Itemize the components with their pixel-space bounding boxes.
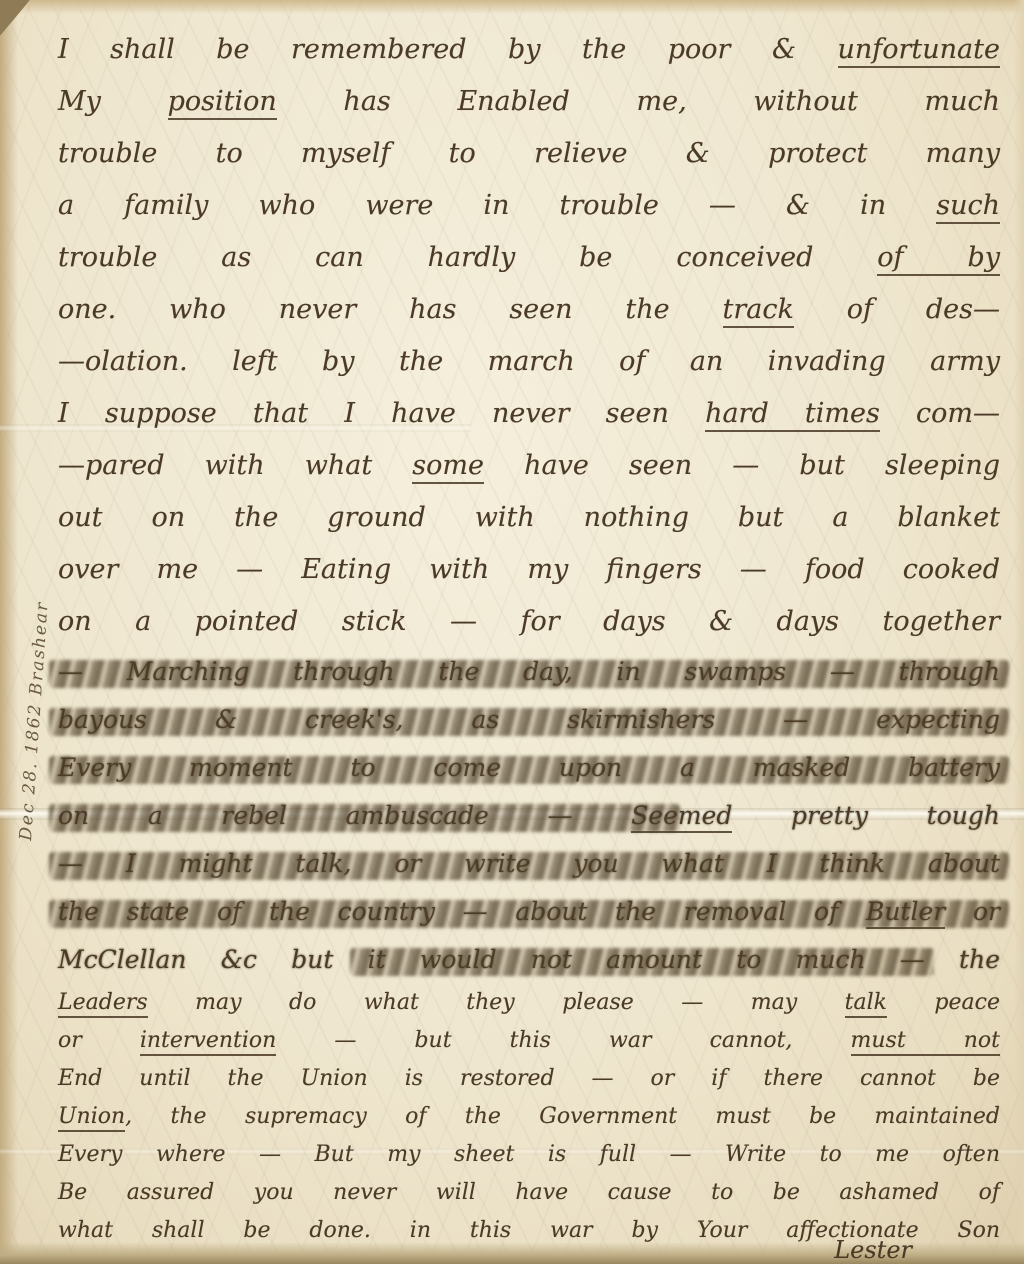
signature: Lester [834,1236,912,1264]
paper-edge-left [0,0,18,1264]
line-text: have seen — but sleeping [484,450,1000,481]
letter-line: Every where — But my sheet is full — Wri… [58,1136,1000,1174]
line-text: bayous & creek's, as skirmishers — expec… [58,705,1000,734]
line-text: on a pointed stick — for days & days tog… [58,606,1000,637]
line-text: McClellan &c but it would not amount to … [58,945,1000,974]
letter-line: Union, the supremacy of the Government m… [58,1098,1000,1136]
redacted-line: — I might talk, or write you what I thin… [58,840,1000,888]
underlined-word: of by [877,242,1000,276]
underlined-word: talk [845,990,887,1018]
line-text: com— [880,398,1000,429]
line-text: over me — Eating with my fingers — food … [58,554,1000,585]
redacted-line: the state of the country — about the rem… [58,888,1000,936]
line-text: peace [887,990,1000,1015]
line-text: a family who were in trouble — & in [58,190,936,221]
letter-line: a family who were in trouble — & in such [58,180,1000,232]
letter-line: My position has Enabled me, without much [58,76,1000,128]
paper-edge-right [1014,0,1024,1264]
underlined-word: must not [851,1028,1000,1056]
line-text: — but this war cannot, [276,1028,850,1053]
line-text: trouble to myself to relieve & protect m… [58,138,1000,169]
underlined-word: Leaders [58,990,148,1018]
line-text: — Marching through the day, in swamps — … [58,657,1000,686]
letter-line: Leaders may do what they please — may ta… [58,984,1000,1022]
line-text: pretty tough [732,801,1000,830]
line-text: — I might talk, or write you what I thin… [58,849,1000,878]
line-text: , the supremacy of the Government must b… [125,1104,1000,1129]
letter-line: End until the Union is restored — or if … [58,1060,1000,1098]
redacted-line: on a rebel ambuscade — Seemed pretty tou… [58,792,1000,840]
letter-line: trouble as can hardly be conceived of by [58,232,1000,284]
underlined-word: some [412,450,484,484]
underlined-word: such [936,190,1000,224]
line-text: of des— [794,294,1000,325]
line-text: —olation. left by the march of an invadi… [58,346,1000,377]
letter-line: I suppose that I have never seen hard ti… [58,388,1000,440]
letter-line: over me — Eating with my fingers — food … [58,544,1000,596]
line-text: I suppose that I have never seen [58,398,705,429]
line-text: Be assured you never will have cause to … [58,1180,1000,1205]
line-text: on a rebel ambuscade — [58,801,631,830]
line-text: End until the Union is restored — or if … [58,1066,1000,1091]
line-text: My [58,86,168,117]
letter-scan: Dec 28. 1862 Brashear I shall be remembe… [0,0,1024,1264]
underlined-word: unfortunate [838,34,1001,68]
letter-line: —pared with what some have seen — but sl… [58,440,1000,492]
underlined-word: position [168,86,277,120]
line-text: Every where — But my sheet is full — Wri… [58,1142,1000,1167]
letter-line: —olation. left by the march of an invadi… [58,336,1000,388]
line-text: Every moment to come upon a masked batte… [58,753,1000,782]
line-text: may do what they please — may [148,990,845,1015]
redacted-line: bayous & creek's, as skirmishers — expec… [58,696,1000,744]
letter-line: or intervention — but this war cannot, m… [58,1022,1000,1060]
letter-line: Be assured you never will have cause to … [58,1174,1000,1212]
letter-line: one. who never has seen the track of des… [58,284,1000,336]
underlined-word: hard times [705,398,880,432]
letter-line: trouble to myself to relieve & protect m… [58,128,1000,180]
paper-edge-top [0,0,1024,14]
line-text: out on the ground with nothing but a bla… [58,502,1000,533]
redacted-line: McClellan &c but it would not amount to … [58,936,1000,984]
line-text: —pared with what [58,450,412,481]
underlined-word: Butler [866,897,945,929]
line-text: the state of the country — about the rem… [58,897,866,926]
letter-line: on a pointed stick — for days & days tog… [58,596,1000,648]
redacted-line: Every moment to come upon a masked batte… [58,744,1000,792]
redacted-line: — Marching through the day, in swamps — … [58,648,1000,696]
line-text: or [58,1028,140,1053]
paper: Dec 28. 1862 Brashear I shall be remembe… [0,0,1024,1264]
underlined-word: Seemed [631,801,732,833]
letter-line: I shall be remembered by the poor & unfo… [58,24,1000,76]
letter-body: I shall be remembered by the poor & unfo… [58,24,1000,1250]
line-text: one. who never has seen the [58,294,723,325]
underlined-word: intervention [140,1028,277,1056]
underlined-word: track [723,294,794,328]
letter-line: out on the ground with nothing but a bla… [58,492,1000,544]
line-text: has Enabled me, without much [277,86,1000,117]
line-text: trouble as can hardly be conceived [58,242,877,273]
line-text: or [945,897,1000,926]
underlined-word: Union [58,1104,125,1132]
line-text: I shall be remembered by the poor & [58,34,838,65]
